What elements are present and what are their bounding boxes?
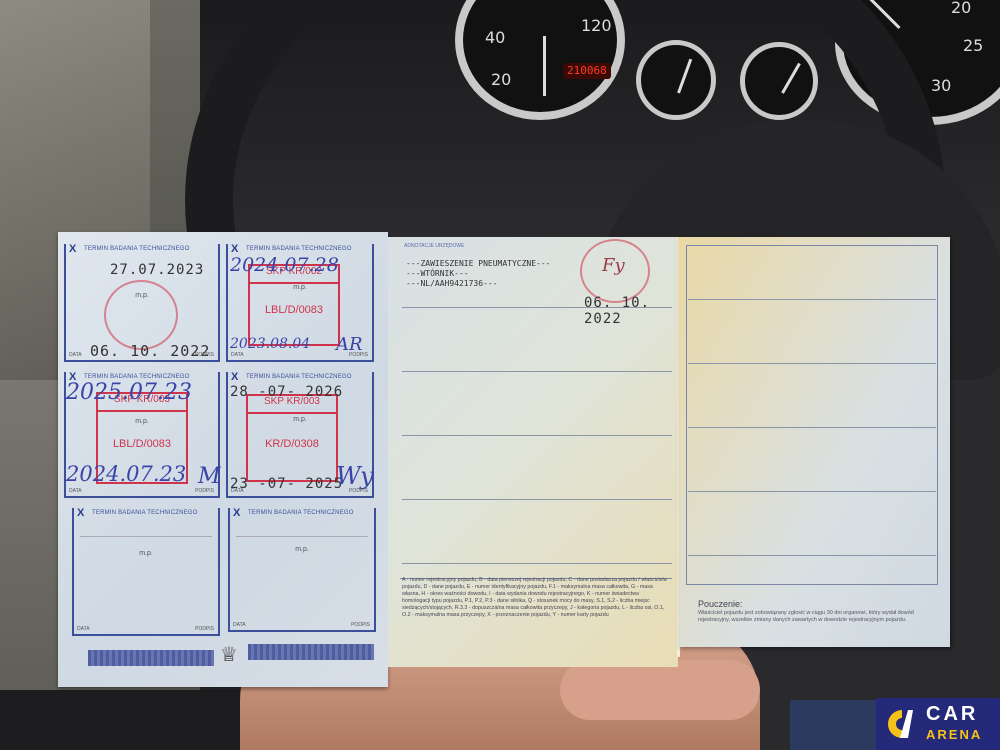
rule-line — [402, 499, 672, 500]
annotation-line: ---WTÓRNIK--- — [406, 269, 469, 278]
tachometer-label: 25 — [963, 36, 983, 55]
rule-line — [688, 427, 936, 428]
inspector-signature: M — [198, 464, 221, 489]
podpis-label: PODPIS — [195, 352, 214, 358]
next-inspection-date: 28 -07- 2026 — [230, 384, 343, 400]
podpis-label: PODPIS — [195, 488, 214, 494]
rule-line — [688, 363, 936, 364]
mp-label: m.p. — [230, 546, 374, 553]
section-label: ADNOTACJE URZĘDOWE — [404, 243, 464, 249]
inspection-cell: X TERMIN BADANIA TECHNICZNEGO SKP KR/003… — [64, 372, 220, 498]
car-arena-logo-icon — [886, 708, 914, 740]
inspection-cell: X TERMIN BADANIA TECHNICZNEGO 27.07.2023… — [64, 244, 220, 362]
registration-certificate: X TERMIN BADANIA TECHNICZNEGO 27.07.2023… — [58, 232, 950, 687]
eagle-emblem-icon: ♕ — [220, 642, 238, 667]
tachometer-label: 20 — [951, 0, 971, 17]
station-code: KR/D/0308 — [248, 438, 336, 450]
next-inspection-date: 2025.07.23 — [66, 380, 192, 405]
inspector-signature: Wy — [336, 462, 374, 490]
inspection-cell: X TERMIN BADANIA TECHNICZNEGO m.p. DATA … — [72, 508, 220, 636]
rule-line — [402, 563, 672, 564]
station-code: LBL/D/0083 — [250, 304, 338, 316]
inspection-date: 06. 10. 2022 — [90, 342, 210, 360]
official-signature: Fy — [602, 255, 625, 276]
rule-line — [402, 307, 672, 308]
station-code: LBL/D/0083 — [98, 438, 186, 450]
field-legend: A - numer rejestracyjny pojazdu, B - dat… — [402, 577, 668, 619]
inspection-page: X TERMIN BADANIA TECHNICZNEGO 27.07.2023… — [58, 232, 388, 687]
notes-frame — [686, 245, 938, 585]
inspection-cell: X TERMIN BADANIA TECHNICZNEGO m.p. DATA … — [228, 508, 376, 632]
rule-line — [688, 555, 936, 556]
logo-text-car: CAR — [926, 703, 978, 726]
tachometer-label: 30 — [931, 76, 951, 95]
annotation-line: ---NL/AAH9421736--- — [406, 279, 498, 288]
data-label: DATA — [69, 352, 82, 358]
x-mark: X — [233, 507, 240, 519]
x-mark: X — [231, 371, 238, 383]
cell-title: TERMIN BADANIA TECHNICZNEGO — [246, 246, 352, 252]
mp-label: m.p. — [74, 550, 218, 557]
rule-line — [688, 491, 936, 492]
x-mark: X — [77, 507, 84, 519]
station-stamp: SKP KR/002 LBL/D/0083 — [248, 264, 340, 346]
car-arena-logo: CAR ARENA — [876, 698, 1000, 750]
security-band-right — [248, 644, 374, 660]
inspection-cell: X TERMIN BADANIA TECHNICZNEGO SKP KR/003… — [226, 372, 374, 498]
podpis-label: PODPIS — [349, 352, 368, 358]
mp-label: m.p. — [228, 416, 372, 423]
next-inspection-date: 27.07.2023 — [110, 262, 204, 278]
rule-line — [402, 435, 672, 436]
cell-title: TERMIN BADANIA TECHNICZNEGO — [246, 374, 352, 380]
date-line — [236, 536, 368, 537]
podpis-label: PODPIS — [351, 622, 370, 628]
rule-line — [688, 299, 936, 300]
date-line — [80, 536, 212, 537]
security-band-left — [88, 650, 214, 666]
data-label: DATA — [233, 622, 246, 628]
data-label: DATA — [77, 626, 90, 632]
notes-page: Pouczenie: Właściciel pojazdu jest zobow… — [678, 237, 950, 647]
annotation-stamp-date: 06. 10. 2022 — [584, 295, 678, 327]
data-label: DATA — [231, 488, 244, 494]
cell-title: TERMIN BADANIA TECHNICZNEGO — [84, 246, 190, 252]
inspection-date: 2024.07.23 — [66, 462, 186, 486]
inspection-date: 2023.08.04 — [230, 336, 310, 352]
official-seal — [104, 280, 178, 350]
data-label: DATA — [69, 488, 82, 494]
notice-body: Właściciel pojazdu jest zobowiązany zgło… — [698, 610, 938, 624]
cell-title: TERMIN BADANIA TECHNICZNEGO — [92, 510, 198, 516]
next-inspection-date: 2024.07.28 — [230, 254, 339, 276]
mp-label: m.p. — [66, 292, 218, 299]
x-mark: X — [69, 243, 76, 255]
mp-label: m.p. — [228, 284, 372, 291]
podpis-label: PODPIS — [349, 488, 368, 494]
data-label: DATA — [231, 352, 244, 358]
annotation-line: ---ZAWIESZENIE PNEUMATYCZNE--- — [406, 259, 551, 268]
rule-line — [402, 371, 672, 372]
notice-title: Pouczenie: — [698, 599, 743, 609]
podpis-label: PODPIS — [195, 626, 214, 632]
logo-text-arena: ARENA — [926, 727, 982, 742]
station-stamp: SKP KR/003 KR/D/0308 — [246, 394, 338, 482]
inspection-cell: X TERMIN BADANIA TECHNICZNEGO SKP KR/002… — [226, 244, 374, 362]
mp-label: m.p. — [66, 418, 218, 425]
annotations-page: ADNOTACJE URZĘDOWE ---ZAWIESZENIE PNEUMA… — [388, 237, 678, 667]
cell-title: TERMIN BADANIA TECHNICZNEGO — [248, 510, 354, 516]
inspection-date: 23 -07- 2025 — [230, 476, 343, 492]
